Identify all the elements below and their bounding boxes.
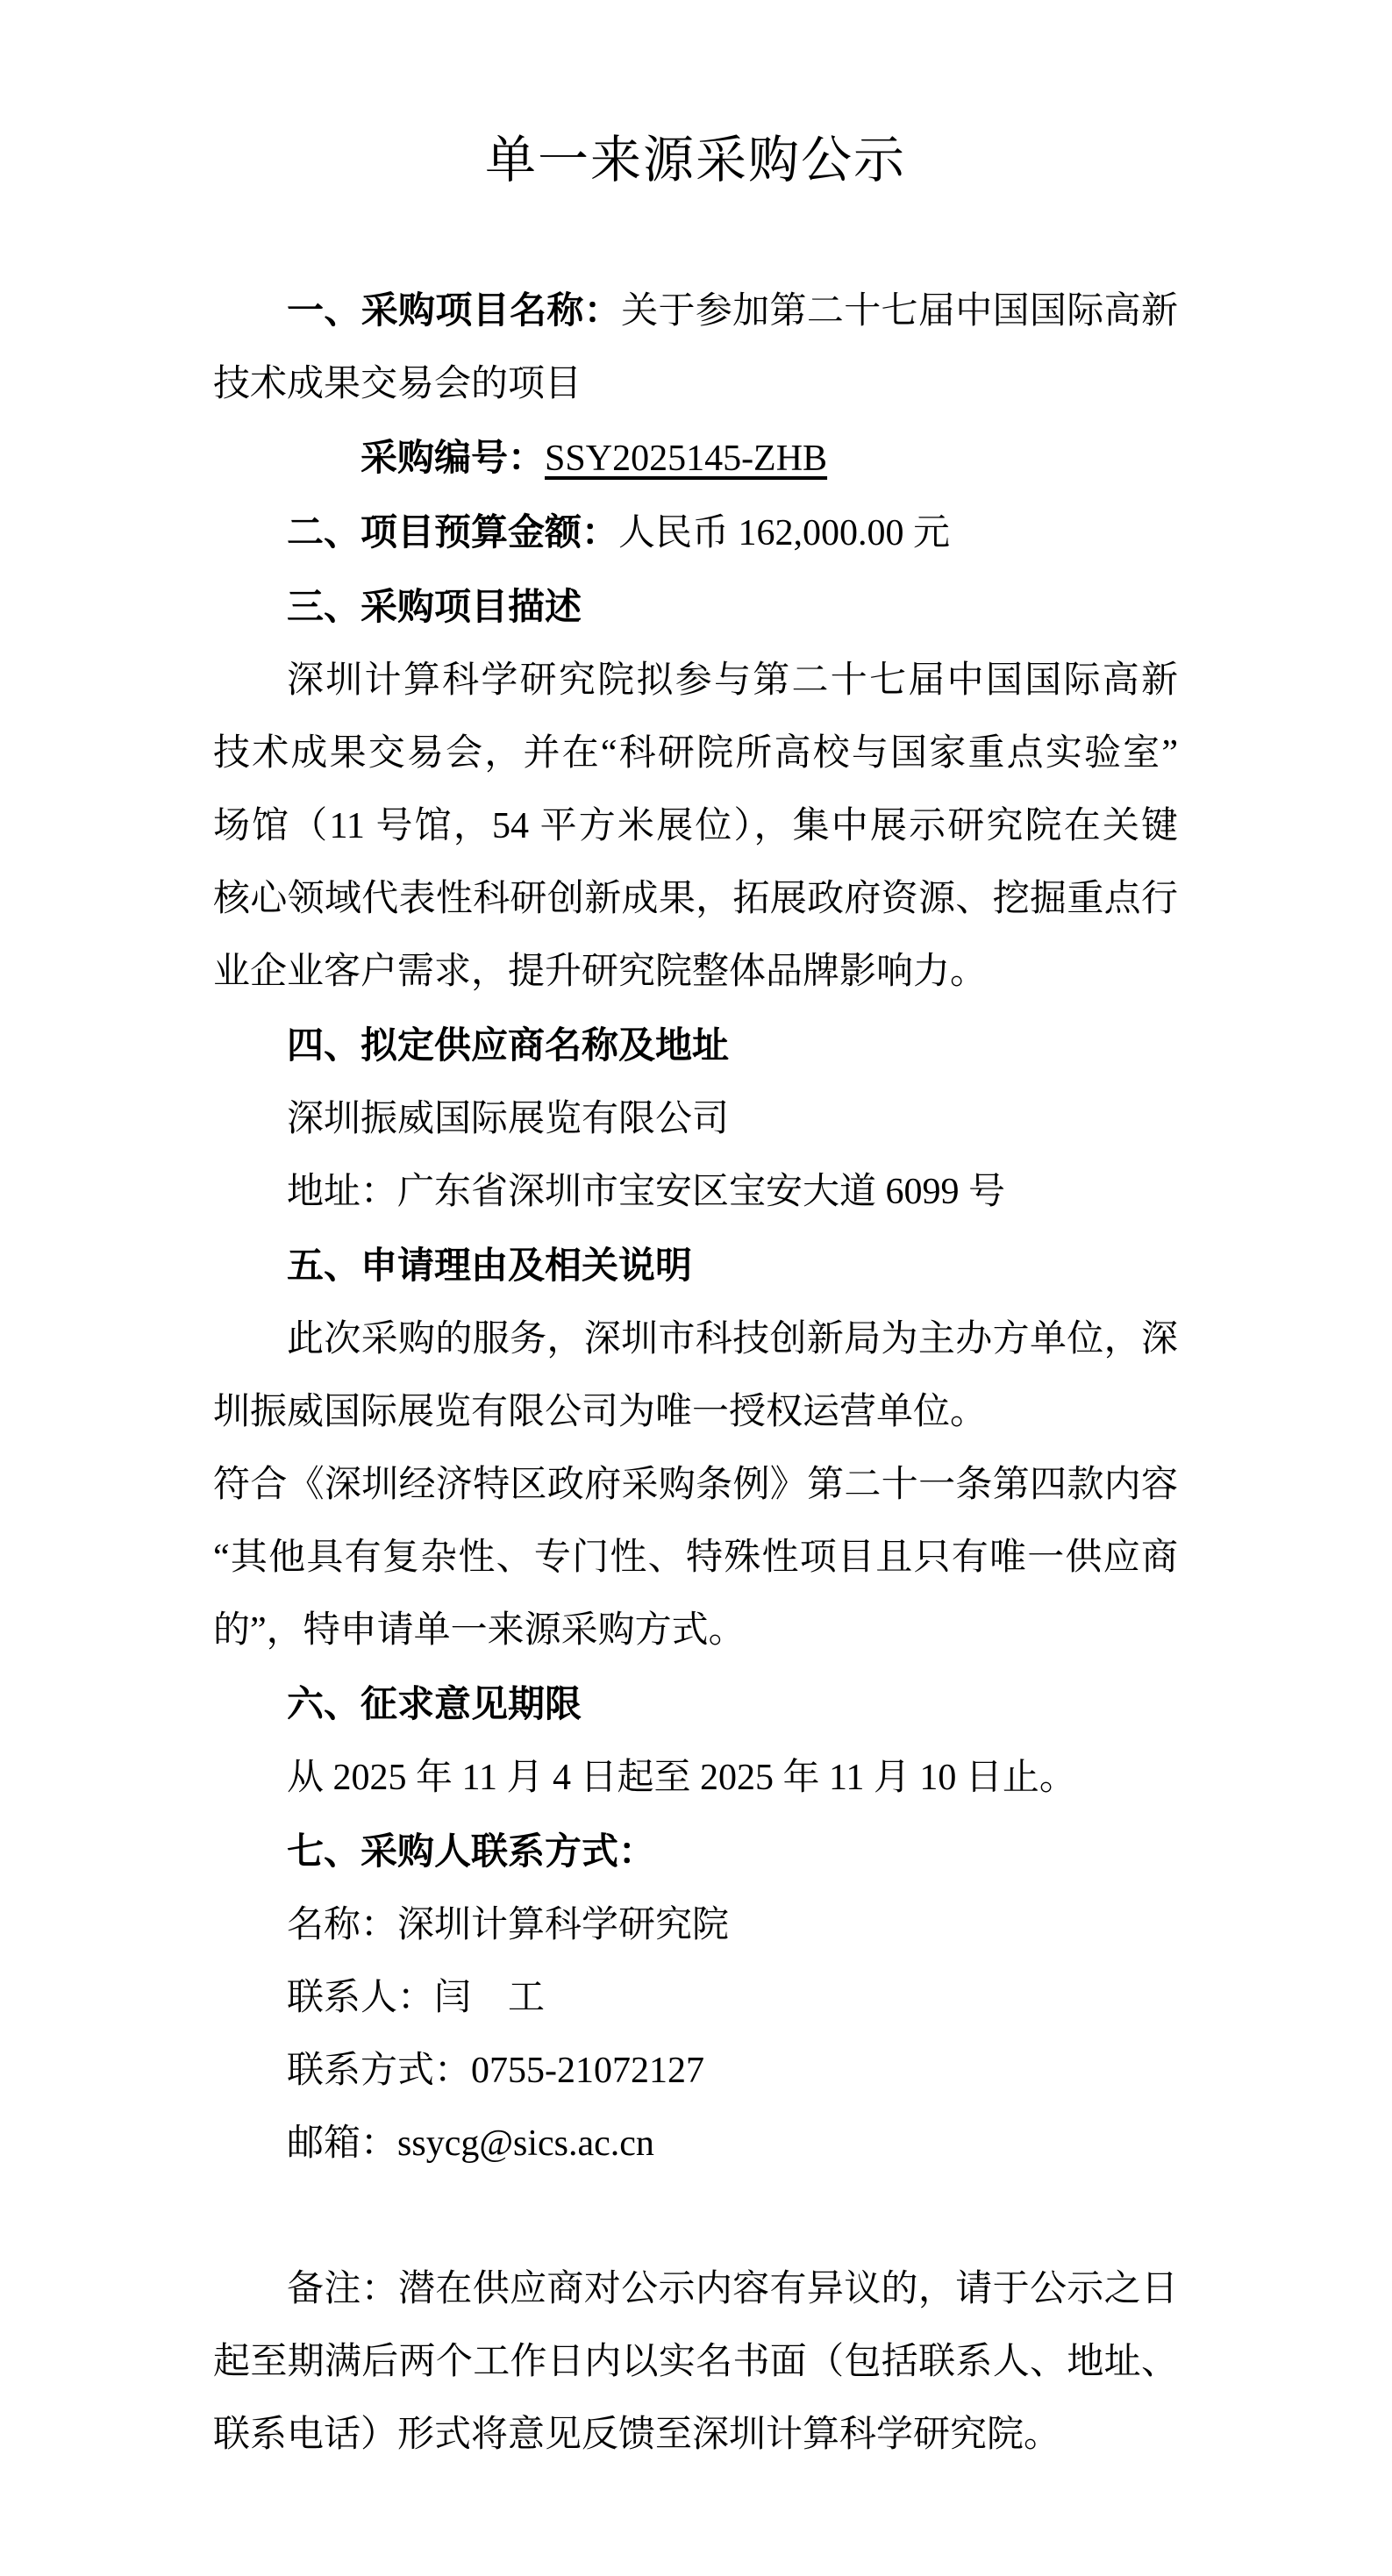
document-body: 一、采购项目名称：关于参加第二十七届中国国际高新技术成果交易会的项目采购编号：S… (213, 274, 1178, 2472)
line-reason-4: “其他具有复杂性、专门性、特殊性项目且只有唯一供应商 (213, 1522, 1178, 1595)
description-text: 业企业客户需求，提升研究院整体品牌影响力。 (213, 952, 987, 992)
procurement-number-label: 采购编号： (360, 437, 545, 478)
reason-text: 此次采购的服务，深圳市科技创新局为主办方单位，深 (287, 1319, 1178, 1359)
section-6-heading: 六、征求意见期限 (287, 1683, 582, 1724)
comment-period-value: 从 2025 年 11 月 4 日起至 2025 年 11 月 10 日止。 (287, 1758, 1076, 1798)
line-description-3: 场馆（11 号馆，54 平方米展位），集中展示研究院在关键 (213, 790, 1178, 863)
description-text: 技术成果交易会，并在“科研院所高校与国家重点实验室” (213, 733, 1178, 774)
reason-text: 符合《深圳经济特区政府采购条例》第二十一条第四款内容 (213, 1465, 1178, 1505)
line-project-name-cont: 技术成果交易会的项目 (213, 348, 1178, 421)
section-4-heading: 四、拟定供应商名称及地址 (287, 1024, 729, 1066)
line-description-4: 核心领域代表性科研创新成果，拓展政府资源、挖掘重点行 (213, 863, 1178, 936)
line-reason-3: 符合《深圳经济特区政府采购条例》第二十一条第四款内容 (213, 1449, 1178, 1522)
reason-text: “其他具有复杂性、专门性、特殊性项目且只有唯一供应商 (213, 1538, 1178, 1578)
line-section-3-heading: 三、采购项目描述 (213, 570, 1178, 645)
contact-person-value: 联系人：闫 工 (287, 1978, 545, 2018)
line-reason-1: 此次采购的服务，深圳市科技创新局为主办方单位，深 (213, 1303, 1178, 1376)
document-page: 单一来源采购公示 一、采购项目名称：关于参加第二十七届中国国际高新技术成果交易会… (0, 0, 1392, 2576)
section-3-heading: 三、采购项目描述 (287, 586, 582, 627)
description-text: 场馆（11 号馆，54 平方米展位），集中展示研究院在关键 (213, 806, 1178, 846)
line-reason-5: 的”，特申请单一来源采购方式。 (213, 1595, 1178, 1667)
description-text: 深圳计算科学研究院拟参与第二十七届中国国际高新 (287, 660, 1178, 701)
contact-phone-value: 联系方式：0755-21072127 (287, 2051, 704, 2091)
document-title: 单一来源采购公示 (213, 121, 1178, 200)
note-text: 备注：潜在供应商对公示内容有异议的，请于公示之日 (287, 2269, 1178, 2309)
section-1-heading: 一、采购项目名称： (287, 289, 621, 331)
line-supplier-name: 深圳振威国际展览有限公司 (213, 1083, 1178, 1156)
line-supplier-address: 地址：广东省深圳市宝安区宝安大道 6099 号 (213, 1156, 1178, 1229)
line-description-5: 业企业客户需求，提升研究院整体品牌影响力。 (213, 936, 1178, 1009)
line-blank (213, 2180, 1178, 2253)
note-text: 起至期满后两个工作日内以实名书面（包括联系人、地址、 (213, 2342, 1178, 2382)
section-7-heading: 七、采购人联系方式： (287, 1830, 655, 1872)
line-procurement-number: 采购编号：SSY2025145-ZHB (213, 421, 1178, 496)
line-contact-phone: 联系方式：0755-21072127 (213, 2035, 1178, 2108)
line-project-name: 一、采购项目名称：关于参加第二十七届中国国际高新 (213, 274, 1178, 348)
line-note-3: 联系电话）形式将意见反馈至深圳计算科学研究院。 (213, 2399, 1178, 2472)
project-name-value-cont: 技术成果交易会的项目 (213, 364, 582, 404)
note-text: 联系电话）形式将意见反馈至深圳计算科学研究院。 (213, 2415, 1060, 2455)
section-2-heading: 二、项目预算金额： (287, 511, 618, 553)
supplier-address-value: 地址：广东省深圳市宝安区宝安大道 6099 号 (287, 1172, 1005, 1212)
procurement-number-value: SSY2025145-ZHB (545, 439, 827, 479)
budget-value: 人民币 162,000.00 元 (618, 513, 950, 553)
line-description-1: 深圳计算科学研究院拟参与第二十七届中国国际高新 (213, 645, 1178, 717)
line-budget: 二、项目预算金额：人民币 162,000.00 元 (213, 496, 1178, 570)
line-section-7-heading: 七、采购人联系方式： (213, 1815, 1178, 1889)
contact-email-value: 邮箱：ssycg@sics.ac.cn (287, 2123, 654, 2164)
line-note-1: 备注：潜在供应商对公示内容有异议的，请于公示之日 (213, 2253, 1178, 2326)
line-contact-email: 邮箱：ssycg@sics.ac.cn (213, 2108, 1178, 2180)
contact-name-value: 名称：深圳计算科学研究院 (287, 1905, 729, 1945)
line-reason-2: 圳振威国际展览有限公司为唯一授权运营单位。 (213, 1376, 1178, 1449)
line-section-4-heading: 四、拟定供应商名称及地址 (213, 1009, 1178, 1083)
line-comment-period: 从 2025 年 11 月 4 日起至 2025 年 11 月 10 日止。 (213, 1742, 1178, 1815)
reason-text: 圳振威国际展览有限公司为唯一授权运营单位。 (213, 1392, 987, 1432)
description-text: 核心领域代表性科研创新成果，拓展政府资源、挖掘重点行 (213, 879, 1178, 919)
project-name-value: 关于参加第二十七届中国国际高新 (621, 291, 1178, 332)
line-section-6-heading: 六、征求意见期限 (213, 1667, 1178, 1742)
line-note-2: 起至期满后两个工作日内以实名书面（包括联系人、地址、 (213, 2326, 1178, 2399)
line-section-5-heading: 五、申请理由及相关说明 (213, 1229, 1178, 1303)
supplier-name-value: 深圳振威国际展览有限公司 (287, 1099, 729, 1139)
section-5-heading: 五、申请理由及相关说明 (287, 1245, 692, 1286)
reason-text: 的”，特申请单一来源采购方式。 (213, 1610, 746, 1651)
line-description-2: 技术成果交易会，并在“科研院所高校与国家重点实验室” (213, 717, 1178, 790)
document-content: 单一来源采购公示 一、采购项目名称：关于参加第二十七届中国国际高新技术成果交易会… (213, 121, 1178, 2472)
line-contact-person: 联系人：闫 工 (213, 1962, 1178, 2035)
line-contact-name: 名称：深圳计算科学研究院 (213, 1889, 1178, 1962)
